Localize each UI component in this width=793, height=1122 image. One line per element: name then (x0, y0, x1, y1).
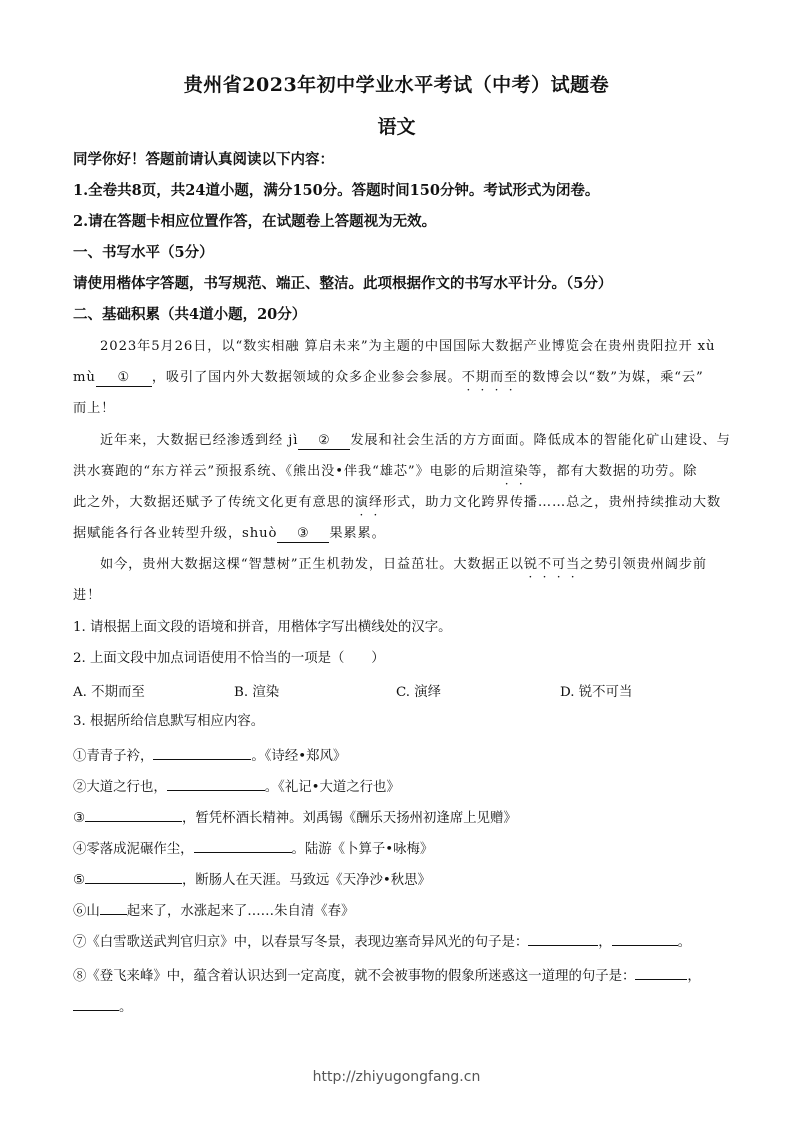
q3-blank (100, 898, 127, 915)
question-2: 2. 上面文段中加点词语使用不恰当的一项是（ ） (73, 649, 385, 669)
dotted-char: 锐 (524, 557, 538, 572)
q3-blank (635, 963, 687, 980)
question-3: 3. 根据所给信息默写相应内容。 (73, 712, 264, 732)
passage-text: 果累累。 (329, 526, 385, 541)
exam-page: 贵州省2023年初中学业水平考试（中考）试题卷 语文 同学你好！答题前请认真阅读… (0, 0, 793, 1122)
q2-option-b: B. 渲染 (234, 681, 279, 700)
q3-text: 。《礼记•大道之行也》 (265, 780, 400, 795)
dotted-char: 期 (476, 370, 490, 385)
q3-item-8-cont: 。 (73, 994, 132, 1018)
q3-text: ，断肠人在天涯。马致远《天净沙•秋思》 (182, 873, 431, 888)
dotted-char: 染 (514, 464, 528, 479)
page-title: 贵州省2023年初中学业水平考试（中考）试题卷 (0, 70, 793, 97)
dotted-char: 可 (552, 557, 566, 572)
instruction-item-2: 2.请在答题卡相应位置作答，在试题卷上答题视为无效。 (73, 212, 436, 232)
q3-item-5: ⑤，断肠人在天涯。马致远《天净沙•秋思》 (73, 867, 431, 891)
q3-blank (612, 929, 678, 946)
passage-text: 据赋能各行各业转型升级，shuò (73, 526, 277, 541)
q3-text: 。 (678, 935, 691, 950)
passage-p2-line3: 此之外，大数据还赋予了传统文化更有意思的演绎形式，助力文化跨界传播……总之，贵州… (73, 493, 721, 513)
pinyin-text: mù (73, 370, 96, 385)
passage-p2-line2: 洪水赛跑的“东方祥云”预报系统、《熊出没•伴我“雄芯”》电影的后期渲染等，都有大… (73, 462, 697, 482)
dotted-char: 而 (490, 370, 504, 385)
passage-text: 洪水赛跑的“东方祥云”预报系统、《熊出没•伴我“雄芯”》电影的后期 (73, 464, 500, 479)
q3-blank (153, 743, 251, 760)
dotted-char: 至 (504, 370, 518, 385)
q3-item-2: ②大道之行也，。《礼记•大道之行也》 (73, 774, 400, 798)
q3-item-4: ④零落成泥碾作尘，。陆游《卜算子•咏梅》 (73, 836, 433, 860)
passage-text: 如今，贵州大数据这棵“智慧树”正生机勃发，日益茁壮。大数据正以 (100, 557, 524, 572)
q3-text: 。 (119, 1000, 132, 1015)
blank-3: ③ (277, 526, 329, 543)
dotted-char: 渲 (500, 464, 514, 479)
section1-text: 请使用楷体字答题，书写规范、端正、整洁。此项根据作文的书写水平计分。（5分） (73, 274, 612, 294)
subject-title: 语文 (0, 112, 793, 139)
q3-item-7: ⑦《白雪歌送武判官归京》中，以春景写冬景，表现边塞奇异风光的句子是：，。 (73, 929, 691, 953)
q3-blank (85, 805, 182, 822)
q3-text: ②大道之行也， (73, 780, 167, 795)
passage-text: 的数博会以“数”为媒，乘“云” (518, 370, 704, 385)
passage-p2-line1: 近年来，大数据已经渗透到经 jì②发展和社会生活的方方面面。降低成本的智能化矿山… (100, 431, 731, 451)
instructions-greeting: 同学你好！答题前请认真阅读以下内容： (73, 150, 334, 170)
q3-blank (167, 774, 265, 791)
dotted-char: 当 (566, 557, 580, 572)
dotted-char: 演 (355, 495, 369, 510)
q3-text: ④零落成泥碾作尘， (73, 842, 194, 857)
passage-p1-line2: mù①，吸引了国内外大数据领域的众多企业参会参展。不期而至的数博会以“数”为媒，… (73, 368, 704, 388)
passage-p1-line3: 而上！ (73, 399, 115, 419)
q3-text: 。《诗经•郑风》 (251, 749, 346, 764)
q3-text: ①青青子衿， (73, 749, 153, 764)
passage-text: 形式，助力文化跨界传播……总之，贵州持续推动大数 (383, 495, 721, 510)
q2-option-c: C. 演绎 (396, 681, 441, 700)
instruction-item-1: 1.全卷共8页，共24道小题，满分150分。答题时间150分钟。考试形式为闭卷。 (73, 181, 599, 201)
question-1: 1. 请根据上面文段的语境和拼音，用楷体字写出横线处的汉字。 (73, 618, 452, 638)
passage-p3-line1: 如今，贵州大数据这棵“智慧树”正生机勃发，日益茁壮。大数据正以锐不可当之势引领贵… (100, 555, 707, 575)
q3-text: ⑦《白雪歌送武判官归京》中，以春景写冬景，表现边塞奇异风光的句子是： (73, 935, 528, 950)
passage-text: 等，都有大数据的功劳。除 (528, 464, 697, 479)
passage-text: 近年来，大数据已经渗透到经 jì (100, 433, 298, 448)
passage-text: ，吸引了国内外大数据领域的众多企业参会参展。 (152, 370, 462, 385)
q3-text: ⑥山 (73, 904, 100, 919)
passage-p1-line1: 2023年5月26日，以“数实相融 算启未来”为主题的中国国际大数据产业博览会在… (100, 337, 715, 357)
passage-text: 之势引领贵州阔步前 (580, 557, 707, 572)
q2-option-d: D. 锐不可当 (560, 681, 632, 700)
passage-text: 发展和社会生活的方方面面。降低成本的智能化矿山建设、与 (350, 433, 730, 448)
dotted-char: 绎 (369, 495, 383, 510)
blank-1: ① (96, 370, 152, 387)
q3-item-3: ③，暂凭杯酒长精神。刘禹锡《酬乐天扬州初逢席上见赠》 (73, 805, 517, 829)
passage-p3-line2: 进！ (73, 586, 101, 606)
q3-blank (85, 867, 182, 884)
section2-heading: 二、基础积累（共4道小题，20分） (73, 305, 306, 325)
q3-text: ， (687, 969, 700, 984)
q3-text: ③ (73, 811, 85, 826)
q3-item-8: ⑧《登飞来峰》中，蕴含着认识达到一定高度，就不会被事物的假象所迷惑这一道理的句子… (73, 963, 701, 987)
q3-blank (73, 994, 119, 1011)
q2-option-a: A. 不期而至 (73, 681, 145, 700)
q3-text: ，暂凭杯酒长精神。刘禹锡《酬乐天扬州初逢席上见赠》 (182, 811, 517, 826)
q3-blank (528, 929, 598, 946)
dotted-char: 不 (462, 370, 476, 385)
watermark-url: http://zhiyugongfang.cn (0, 1069, 793, 1085)
q3-item-1: ①青青子衿，。《诗经•郑风》 (73, 743, 346, 767)
q3-text: ⑧《登飞来峰》中，蕴含着认识达到一定高度，就不会被事物的假象所迷惑这一道理的句子… (73, 969, 635, 984)
passage-text: 此之外，大数据还赋予了传统文化更有意思的 (73, 495, 355, 510)
q3-text: ， (598, 935, 611, 950)
q3-text: 。陆游《卜算子•咏梅》 (292, 842, 434, 857)
q3-text: 起来了，水涨起来了……朱自清《春》 (127, 904, 355, 919)
passage-p2-line4: 据赋能各行各业转型升级，shuò③果累累。 (73, 524, 386, 544)
dotted-char: 不 (538, 557, 552, 572)
q3-item-6: ⑥山起来了，水涨起来了……朱自清《春》 (73, 898, 354, 922)
q3-text: ⑤ (73, 873, 85, 888)
blank-2: ② (298, 433, 350, 450)
q3-blank (194, 836, 292, 853)
section1-heading: 一、书写水平（5分） (73, 243, 214, 263)
